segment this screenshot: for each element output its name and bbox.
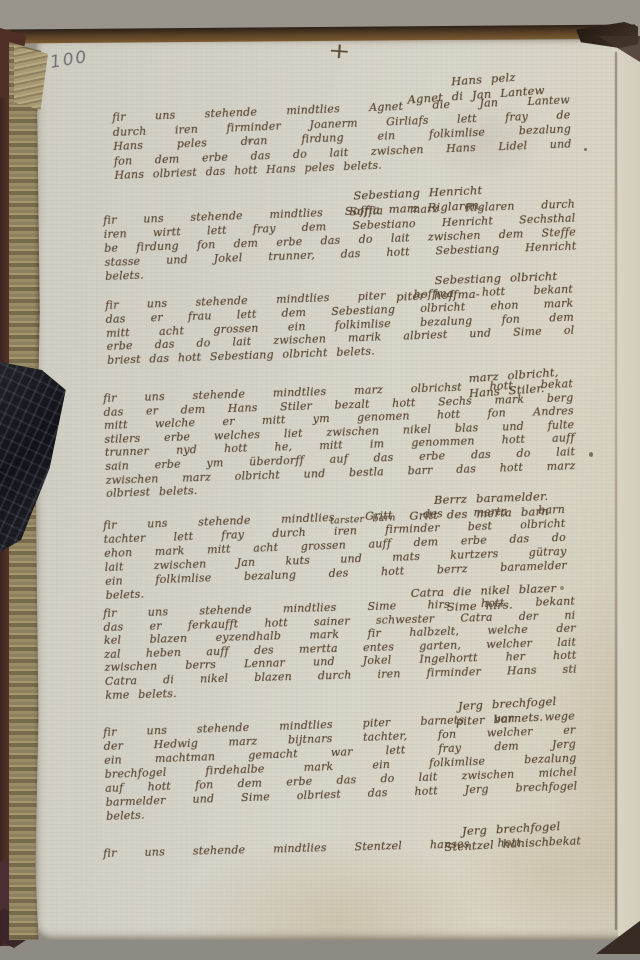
collation-cross-mark: + bbox=[327, 38, 351, 64]
entry-paragraph: fir uns stehende mindtlies Sime hirs hot… bbox=[103, 595, 577, 702]
entry-paragraph: fir uns stehende mindtlies marz olbrichs… bbox=[103, 377, 576, 500]
ink-speck bbox=[584, 148, 587, 151]
entry-paragraph: fir uns stehende mindtlies piter barnets… bbox=[103, 710, 578, 824]
gutter-crease bbox=[615, 52, 617, 930]
facing-leaf-edge bbox=[618, 44, 640, 936]
ink-speck bbox=[589, 452, 593, 457]
